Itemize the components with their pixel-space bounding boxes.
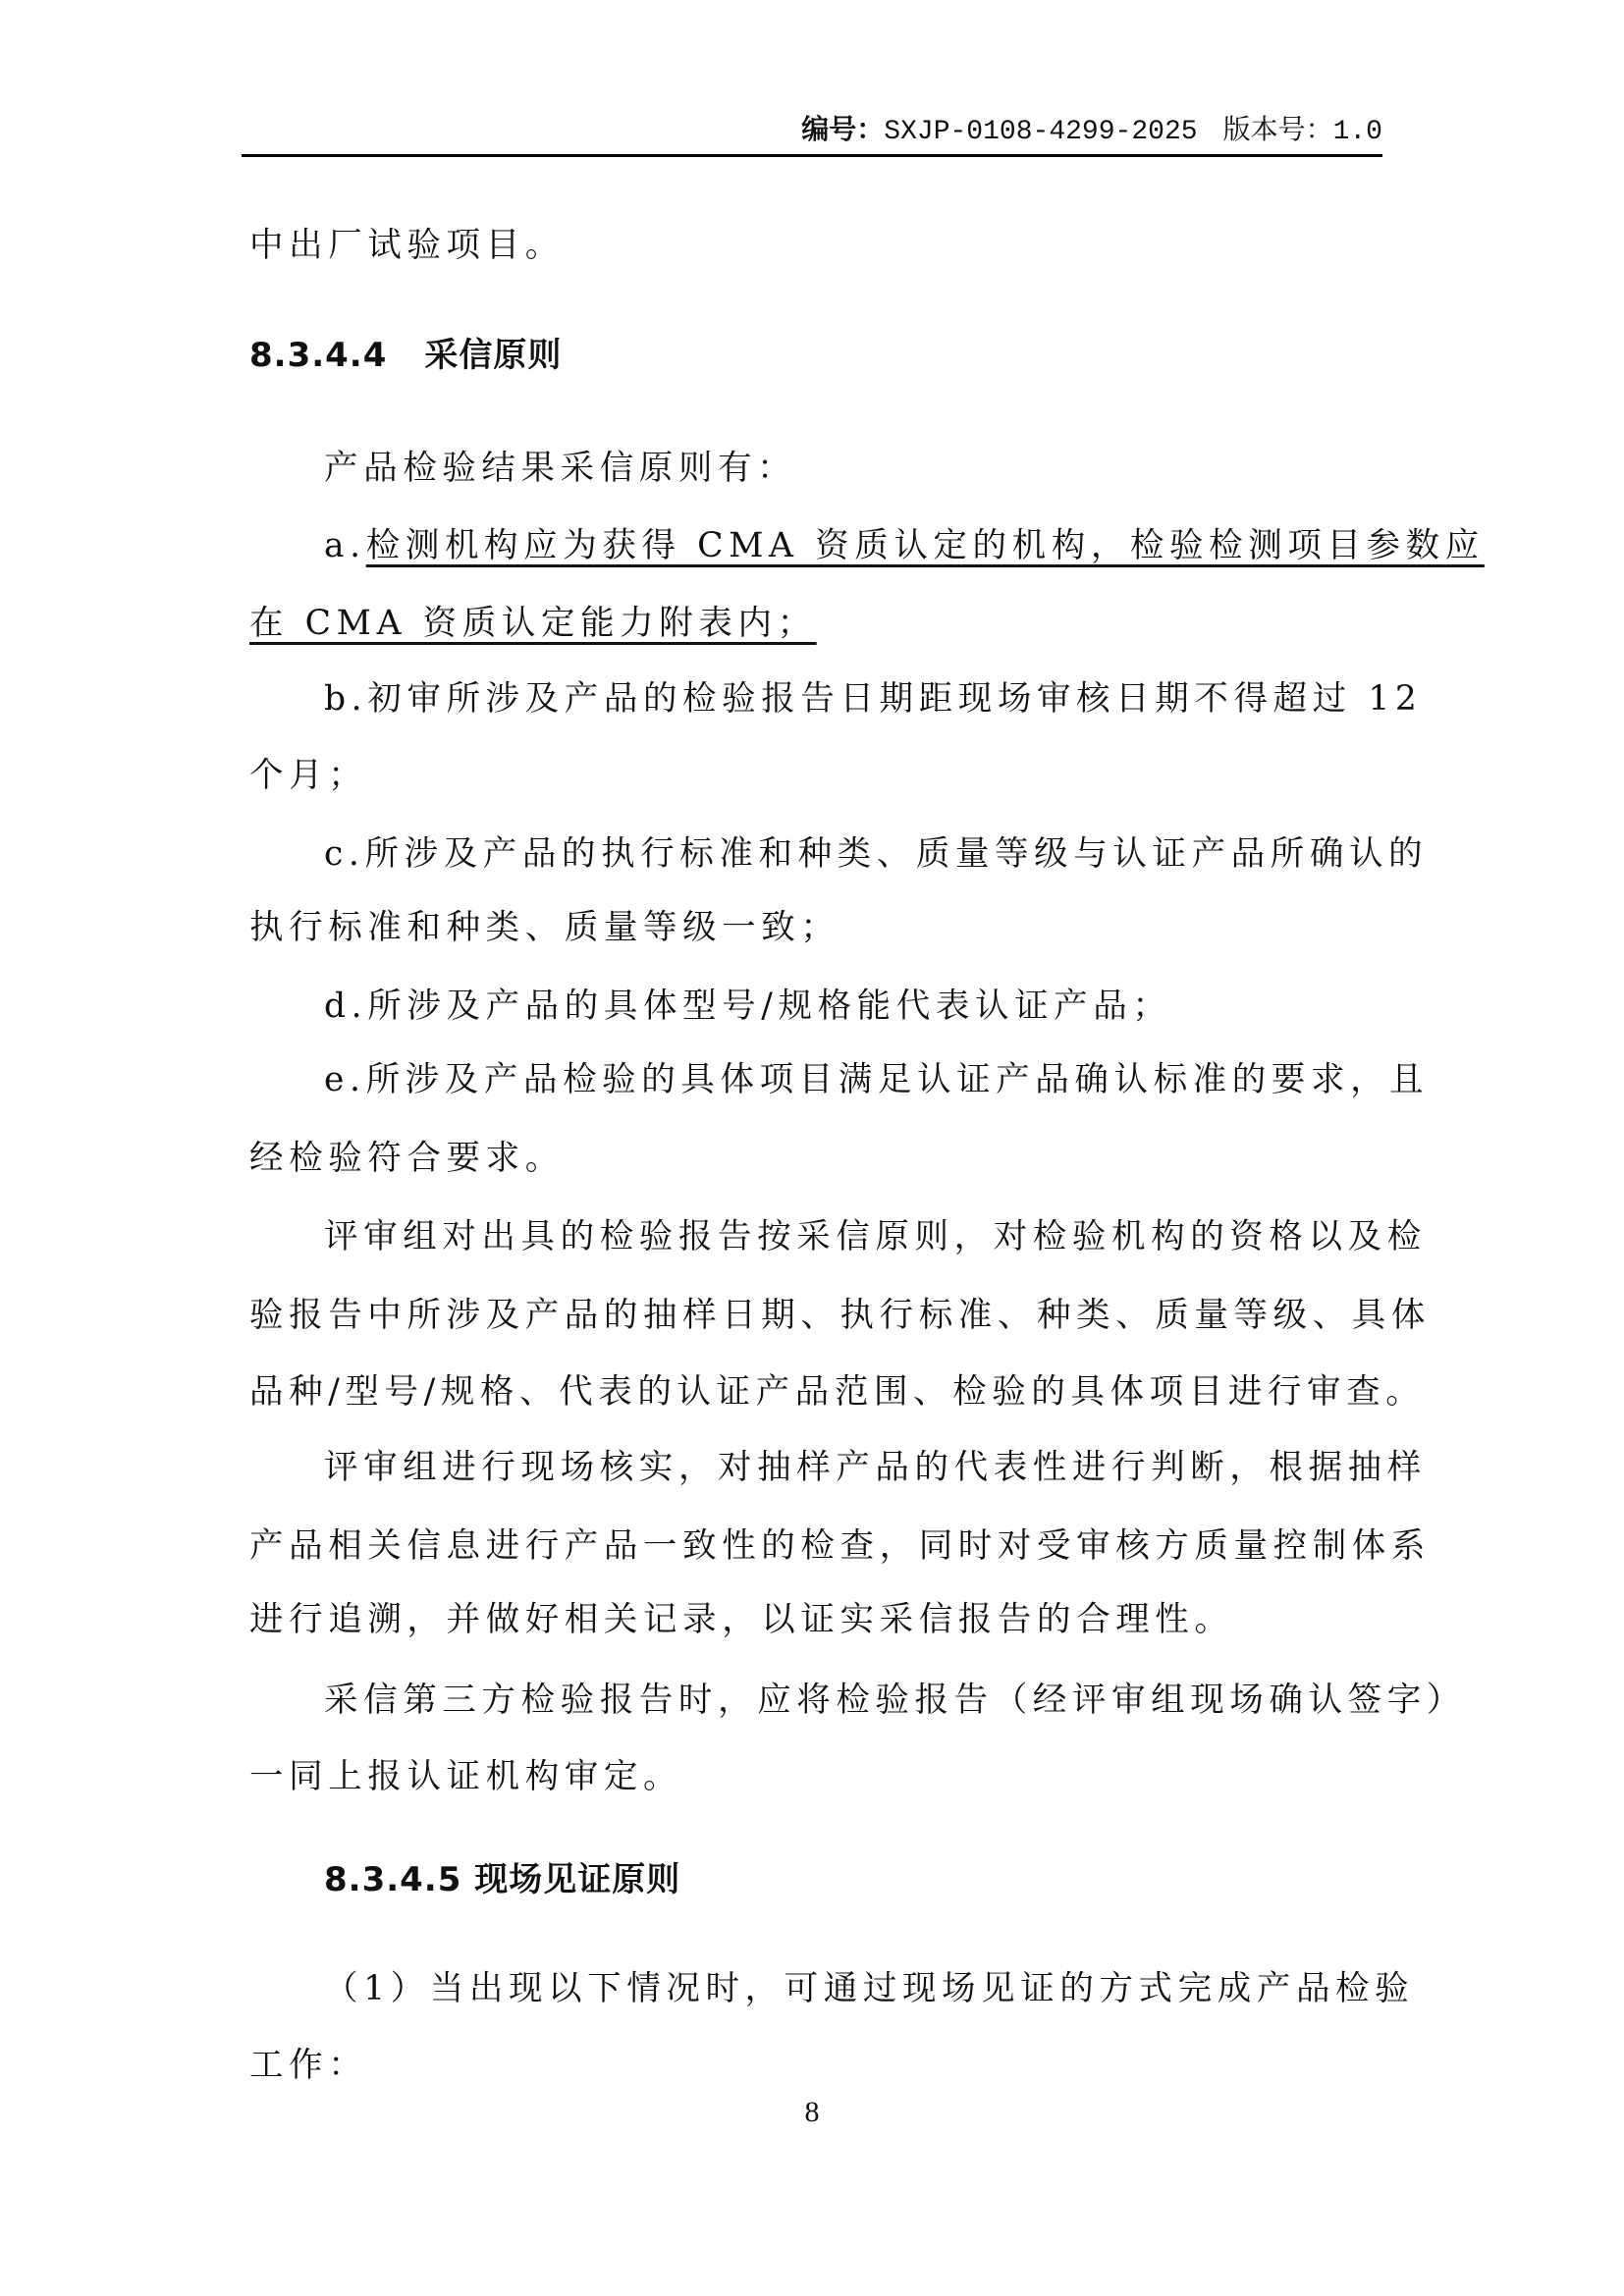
paragraph-line: 评审组对出具的检验报告按采信原则，对检验机构的资格以及检: [324, 1212, 1463, 1261]
list-item-c: c.所涉及产品的执行标准和种类、质量等级与认证产品所确认的: [324, 829, 1463, 879]
list-item-a: a.检测机构应为获得 CMA 资质认定的机构，检验检测项目参数应: [324, 521, 1463, 570]
section-title: 采信原则: [424, 336, 562, 375]
list-marker: a.: [324, 526, 366, 565]
version-number: 1.0: [1333, 117, 1382, 147]
section-number: 8.3.4.4: [249, 336, 387, 375]
underlined-text: 检测机构应为获得 CMA 资质认定的机构，检验检测项目参数应: [366, 526, 1485, 565]
list-item-d: d.所涉及产品的具体型号/规格能代表认证产品；: [324, 982, 1463, 1031]
paragraph-line: 一同上报认证机构审定。: [249, 1752, 1388, 1801]
paragraph-line: 进行追溯，并做好相关记录，以证实采信报告的合理性。: [249, 1595, 1388, 1644]
list-item-c-cont: 执行标准和种类、质量等级一致；: [249, 903, 1388, 952]
page-header: 编号：SXJP-0108-4299-2025版本号：1.0: [242, 110, 1382, 149]
doc-number: SXJP-0108-4299-2025: [884, 117, 1197, 147]
paragraph-line: 品种/型号/规格、代表的认证产品范围、检验的具体项目进行审查。: [249, 1367, 1388, 1416]
paragraph-line: （1）当出现以下情况时，可通过现场见证的方式完成产品检验: [324, 1964, 1463, 2013]
paragraph-line: 采信第三方检验报告时，应将检验报告（经评审组现场确认签字）: [324, 1676, 1463, 1725]
list-item-b-cont: 个月；: [249, 751, 1388, 800]
paragraph-line: 中出厂试验项目。: [249, 221, 1388, 270]
list-item-e-cont: 经检验符合要求。: [249, 1134, 1388, 1183]
list-item-e: e.所涉及产品检验的具体项目满足认证产品确认标准的要求，且: [324, 1055, 1463, 1104]
section-heading-8-3-4-5: 8.3.4.5 现场见证原则: [324, 1855, 1463, 1904]
header-rule: [242, 154, 1382, 157]
underlined-text: 在 CMA 资质认定能力附表内；: [249, 604, 817, 643]
paragraph-line: 工作：: [249, 2041, 1388, 2090]
paragraph-line: 产品检验结果采信原则有：: [324, 444, 1463, 493]
paragraph-line: 验报告中所涉及产品的抽样日期、执行标准、种类、质量等级、具体: [249, 1291, 1388, 1340]
doc-number-label: 编号：: [801, 113, 884, 145]
list-item-b: b.初审所涉及产品的检验报告日期距现场审核日期不得超过 12: [324, 674, 1463, 723]
list-item-a-cont: 在 CMA 资质认定能力附表内；: [249, 599, 1388, 648]
paragraph-line: 评审组进行现场核实，对抽样产品的代表性进行判断，根据抽样: [324, 1443, 1463, 1492]
section-heading-8-3-4-4: 8.3.4.4采信原则: [249, 331, 1388, 380]
page-number: 8: [785, 2093, 839, 2132]
version-label: 版本号：: [1223, 113, 1333, 145]
paragraph-line: 产品相关信息进行产品一致性的检查，同时对受审核方质量控制体系: [249, 1522, 1388, 1571]
